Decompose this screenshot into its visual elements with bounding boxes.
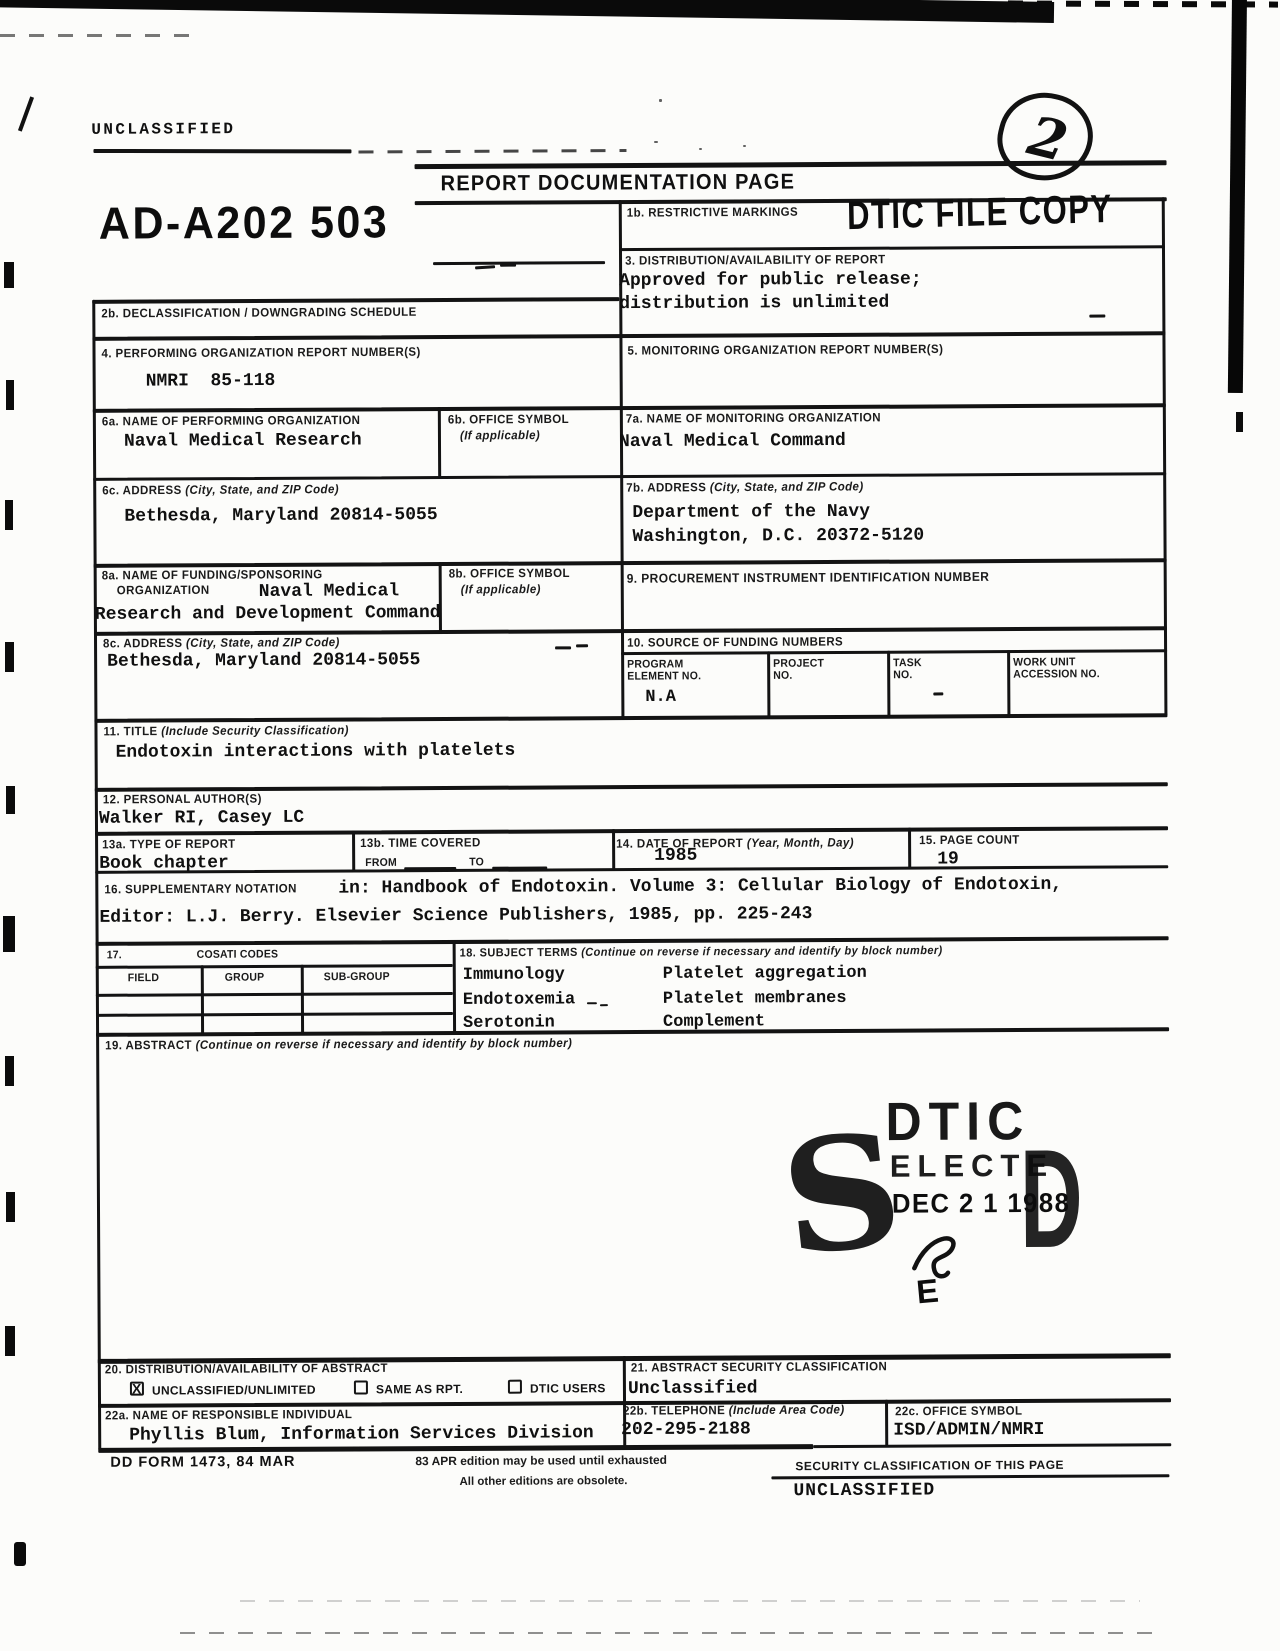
funding-col-task-label: TASK: [893, 657, 922, 670]
field-15-label: 15. PAGE COUNT: [919, 834, 1020, 847]
hline: [94, 558, 1167, 568]
field-8c-label-paren: (City, State, and ZIP Code): [186, 637, 340, 651]
field-11-label: 11. TITLE (Include Security Classificati…: [103, 725, 348, 739]
field-18-label-text: 18. SUBJECT TERMS: [460, 946, 578, 959]
field-13b-from-label: FROM: [365, 856, 397, 869]
field-17-number: 17.: [107, 949, 122, 962]
vline: [352, 830, 355, 871]
vline: [201, 965, 204, 1034]
funding-col-workunit-label2: ACCESSION NO.: [1013, 668, 1100, 681]
field-19-label-text: 19. ABSTRACT: [105, 1039, 192, 1052]
field-7b-label-paren: (City, State, and ZIP Code): [710, 481, 864, 495]
field-22b-label: 22b. TELEPHONE (Include Area Code): [623, 1404, 845, 1418]
subject-term: Immunology: [463, 965, 565, 985]
field-22b-value: 202-295-2188: [621, 1419, 751, 1440]
field-8a-value: Research and Development Command: [95, 603, 441, 625]
field-22c-label: 22c. OFFICE SYMBOL: [895, 1405, 1022, 1418]
field-7b-value: Department of the Navy: [632, 502, 870, 523]
vline: [612, 829, 615, 870]
field-12-label: 12. PERSONAL AUTHOR(S): [103, 793, 262, 807]
field-7b-label: 7b. ADDRESS (City, State, and ZIP Code): [626, 481, 863, 495]
subject-term: Platelet membranes: [663, 989, 847, 1009]
hline: [93, 403, 1166, 413]
field-8c-label-text: 8c. ADDRESS: [103, 637, 182, 650]
pen-mark: [576, 644, 588, 647]
checkbox-unclassified-unlimited-label: UNCLASSIFIED/UNLIMITED: [152, 1383, 316, 1398]
field-18-label-paren: (Continue on reverse if necessary and id…: [581, 944, 942, 959]
field-1b-label: 1b. RESTRICTIVE MARKINGS: [627, 206, 798, 220]
field-15-value: 19: [937, 849, 959, 869]
checkbox-dtic-users-label: DTIC USERS: [530, 1381, 606, 1395]
field-6c-label-text: 6c. ADDRESS: [102, 484, 181, 497]
field-7b-value: Washington, D.C. 20372-5120: [632, 526, 924, 548]
field-7a-label: 7a. NAME OF MONITORING ORGANIZATION: [626, 412, 881, 426]
edition-note: 83 APR edition may be used until exhaust…: [415, 1453, 667, 1468]
pen-mark: [933, 692, 943, 695]
pen-mark: [555, 646, 571, 649]
field-19-label: 19. ABSTRACT (Continue on reverse if nec…: [105, 1037, 572, 1052]
field-13b-label: 13b. TIME COVERED: [360, 837, 481, 850]
vline: [92, 300, 101, 1450]
dtic-stamp-letter-e: E: [915, 1274, 940, 1309]
hline: [96, 1027, 1169, 1037]
field-18-label: 18. SUBJECT TERMS (Continue on reverse i…: [460, 944, 943, 959]
field-7b-label-text: 7b. ADDRESS: [626, 482, 706, 495]
funding-col-project-label: PROJECT: [773, 657, 824, 670]
cosati-header-group: GROUP: [225, 971, 265, 984]
subject-term: Complement: [663, 1012, 765, 1032]
field-22a-value: Phyllis Blum, Information Services Divis…: [129, 1423, 594, 1445]
field-16-value: Editor: L.J. Berry. Elsevier Science Pub…: [99, 904, 812, 928]
dtic-stamp-agency: DTIC: [885, 1094, 1030, 1149]
vline: [1162, 197, 1167, 715]
checkbox-unclassified-unlimited: X: [130, 1382, 144, 1396]
checkbox-mark: X: [132, 1381, 141, 1397]
field-11-value: Endotoxin interactions with platelets: [116, 741, 516, 763]
field-16-label: 16. SUPPLEMENTARY NOTATION: [104, 883, 297, 897]
dtic-file-copy-stamp: DTIC FILE COPY: [847, 189, 1113, 236]
classification-marking: UNCLASSIFIED: [91, 120, 235, 139]
field-22b-label-paren: (Include Area Code): [729, 1404, 845, 1417]
security-classification-value: UNCLASSIFIED: [793, 1480, 935, 1501]
hline: [93, 472, 1166, 481]
field-8c-value: Bethesda, Maryland 20814-5055: [107, 650, 420, 672]
field-11-label-paren: (Include Security Classification): [161, 725, 349, 739]
dd-form-1473: UNCLASSIFIED AD-A202 503 2 REPORT DOCUME…: [0, 0, 1280, 1651]
vline: [887, 651, 890, 717]
underline-tail: [358, 149, 626, 153]
field-8a-label: 8a. NAME OF FUNDING/SPONSORING: [102, 569, 323, 583]
vline: [885, 1400, 888, 1446]
funding-col-program-label2: ELEMENT NO.: [627, 670, 701, 683]
funding-col-project-label2: NO.: [773, 669, 792, 682]
field-8a-label2: ORGANIZATION: [117, 584, 210, 597]
to-blank-line: [492, 866, 547, 869]
hline: [96, 964, 453, 968]
hline: [92, 331, 1165, 341]
underline: [93, 149, 351, 153]
hline: [813, 1443, 1171, 1448]
field-9-label: 9. PROCUREMENT INSTRUMENT IDENTIFICATION…: [627, 569, 990, 586]
vline: [908, 828, 911, 869]
field-3-value: distribution is unlimited: [619, 293, 889, 314]
field-22c-value: ISD/ADMIN/NMRI: [893, 1420, 1044, 1441]
field-16-value: in: Handbook of Endotoxin. Volume 3: Cel…: [338, 875, 1062, 899]
pen-mark: [1089, 315, 1105, 318]
field-2b-label: 2b. DECLASSIFICATION / DOWNGRADING SCHED…: [101, 306, 416, 320]
dtic-stamp-letter-d: D: [1020, 1144, 1083, 1254]
field-21-label: 21. ABSTRACT SECURITY CLASSIFICATION: [631, 1361, 887, 1375]
ad-number: AD-A202 503: [99, 197, 390, 250]
hline: [96, 992, 453, 996]
funding-col-task-label2: NO.: [893, 669, 912, 682]
field-8b-label: 8b. OFFICE SYMBOL: [449, 567, 570, 580]
checkbox-dtic-users: [508, 1380, 522, 1394]
field-4-value: NMRI 85-118: [146, 371, 276, 392]
field-8c-label: 8c. ADDRESS (City, State, and ZIP Code): [103, 637, 340, 651]
field-6b-label: 6b. OFFICE SYMBOL: [448, 413, 569, 426]
field-19-label-paren: (Continue on reverse if necessary and id…: [196, 1037, 573, 1052]
field-13a-value: Book chapter: [99, 853, 229, 874]
checkbox-same-as-rpt: [354, 1380, 368, 1394]
hline: [771, 1474, 1169, 1479]
field-10-label: 10. SOURCE OF FUNDING NUMBERS: [627, 636, 843, 650]
field-8b-sublabel: (If applicable): [461, 584, 541, 597]
field-6a-label: 6a. NAME OF PERFORMING ORGANIZATION: [102, 414, 361, 428]
hline: [94, 626, 1167, 635]
subject-term: Platelet aggregation: [663, 964, 867, 984]
field-6a-value: Naval Medical Research: [124, 430, 362, 451]
edition-note: All other editions are obsolete.: [459, 1475, 627, 1488]
from-blank-line: [404, 867, 456, 870]
hline: [621, 649, 1167, 655]
field-14-value: 1985: [654, 846, 697, 866]
subject-term: Endotoxemia: [463, 990, 575, 1010]
hline: [619, 245, 1165, 251]
form-title: REPORT DOCUMENTATION PAGE: [441, 170, 796, 197]
cosati-header-field: FIELD: [128, 972, 159, 985]
hline: [96, 1012, 453, 1016]
field-8a-value: Naval Medical: [259, 581, 400, 602]
field-21-value: Unclassified: [628, 1378, 758, 1399]
form-id: DD FORM 1473, 84 MAR: [110, 1454, 295, 1471]
pen-mark: [500, 264, 516, 267]
vline: [301, 965, 304, 1034]
field-3-label: 3. DISTRIBUTION/AVAILABILITY OF REPORT: [625, 254, 886, 268]
vline: [767, 651, 770, 717]
field-14-label-paren: (Year, Month, Day): [747, 837, 854, 850]
field-20-label: 20. DISTRIBUTION/AVAILABILITY OF ABSTRAC…: [105, 1362, 388, 1376]
field-5-label: 5. MONITORING ORGANIZATION REPORT NUMBER…: [627, 343, 943, 357]
pen-mark: [475, 265, 495, 269]
field-7a-value: Naval Medical Command: [619, 431, 846, 452]
vline: [438, 407, 441, 478]
field-11-label-text: 11. TITLE: [103, 726, 157, 739]
hline: [98, 1444, 813, 1453]
hline: [433, 261, 605, 265]
hline: [92, 297, 619, 303]
field-14-label: 14. DATE OF REPORT (Year, Month, Day): [616, 837, 854, 851]
scanned-report-documentation-page: UNCLASSIFIED AD-A202 503 2 REPORT DOCUME…: [0, 0, 1280, 1651]
cosati-header-subgroup: SUB-GROUP: [324, 970, 390, 983]
field-6b-sublabel: (If applicable): [460, 430, 540, 443]
field-6c-label: 6c. ADDRESS (City, State, and ZIP Code): [102, 484, 339, 498]
field-6c-label-paren: (City, State, and ZIP Code): [185, 484, 339, 498]
field-22a-label: 22a. NAME OF RESPONSIBLE INDIVIDUAL: [105, 1409, 352, 1423]
field-6c-value: Bethesda, Maryland 20814-5055: [124, 505, 437, 527]
pen-mark: [600, 1004, 608, 1006]
subject-term: Serotonin: [463, 1013, 555, 1032]
pen-mark: [587, 1002, 597, 1004]
field-17-title: COSATI CODES: [197, 948, 279, 961]
handwritten-circle: 2: [989, 83, 1101, 191]
field-4-label: 4. PERFORMING ORGANIZATION REPORT NUMBER…: [101, 346, 420, 360]
field-22b-label-text: 22b. TELEPHONE: [623, 1405, 725, 1418]
field-12-value: Walker RI, Casey LC: [99, 808, 304, 829]
funding-col-program-value: N.A: [645, 688, 676, 707]
security-classification-label: SECURITY CLASSIFICATION OF THIS PAGE: [795, 1458, 1064, 1473]
hline: [95, 865, 1168, 874]
vline: [1007, 650, 1010, 716]
field-13b-to-label: TO: [469, 856, 484, 869]
hline: [96, 936, 1169, 946]
hline: [95, 782, 1168, 792]
vline: [453, 940, 456, 1033]
checkbox-same-as-rpt-label: SAME AS RPT.: [376, 1382, 463, 1396]
field-13a-label: 13a. TYPE OF REPORT: [102, 838, 236, 851]
field-3-value: Approved for public release;: [619, 270, 922, 292]
